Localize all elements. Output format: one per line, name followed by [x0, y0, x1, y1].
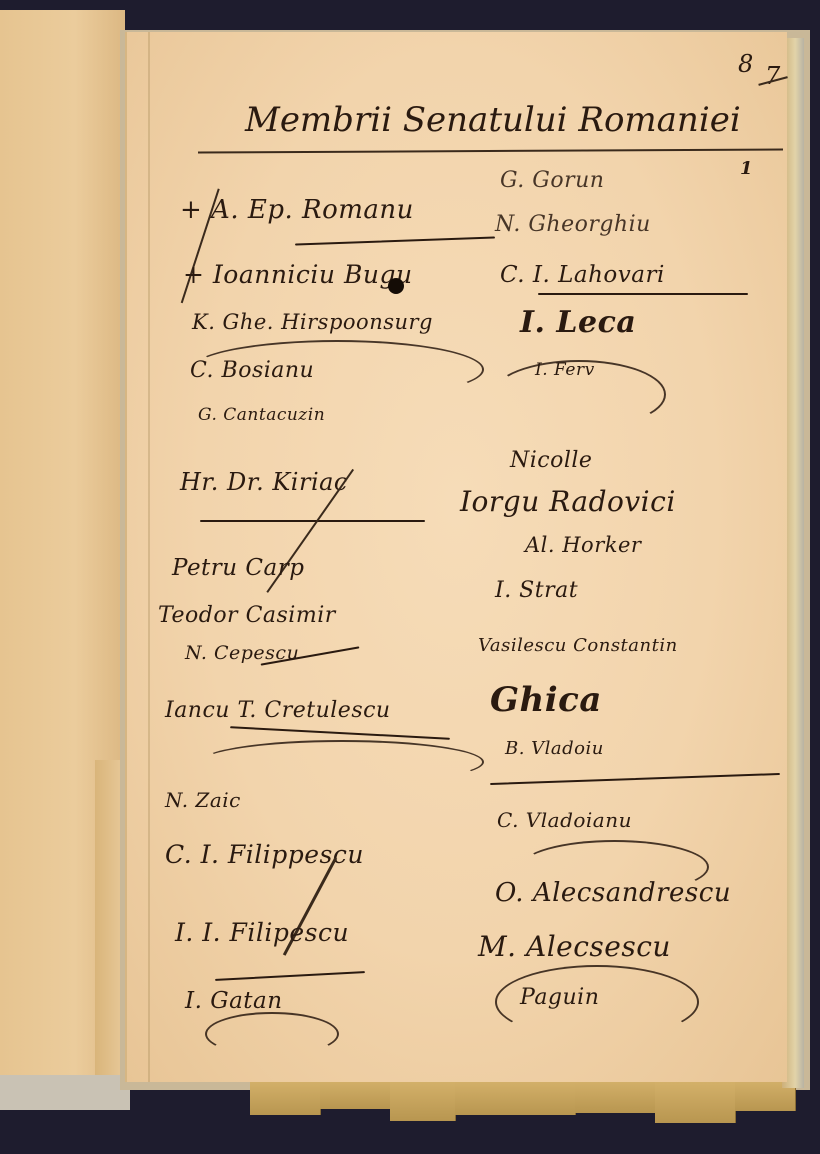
- signature: Teodor Casimir: [158, 603, 336, 628]
- column-marker: 1: [740, 158, 753, 179]
- signature: Petru Carp: [172, 555, 304, 581]
- signature: Al. Horker: [525, 533, 641, 557]
- flourish: [200, 740, 484, 784]
- signature: Iorgu Radovici: [460, 485, 676, 518]
- signature: + Ioanniciu Bugu: [183, 260, 413, 289]
- signature: I. Leca: [520, 305, 636, 340]
- page-number-struck: 7: [765, 62, 780, 90]
- signature: N. Gheorghiu: [495, 212, 651, 237]
- signature: Vasilescu Constantin: [478, 635, 678, 656]
- document-title: Membrii Senatului Romaniei: [245, 100, 741, 140]
- flourish-line: [200, 520, 425, 522]
- signature: Hr. Dr. Kiriac: [180, 468, 348, 496]
- signature: I. I. Filipescu: [175, 918, 349, 947]
- signature: C. I. Lahovari: [500, 262, 665, 288]
- flourish: [205, 1012, 339, 1056]
- signature: I. Strat: [495, 578, 578, 603]
- signature: Ghica: [490, 680, 602, 720]
- signature: G. Gorun: [500, 168, 604, 193]
- binding-stub: [0, 1075, 130, 1110]
- signature: C. I. Filippescu: [165, 840, 364, 869]
- page-number: 8: [738, 50, 753, 78]
- signature: I. Gatan: [185, 988, 283, 1014]
- signature: K. Ghe. Hirspoonsurg: [192, 310, 433, 334]
- signature: B. Vladoiu: [505, 738, 604, 759]
- signature: C. Vladoianu: [497, 808, 632, 832]
- flourish-line: [538, 293, 748, 295]
- signature: G. Cantacuzin: [198, 405, 325, 425]
- signature: M. Alecsescu: [478, 930, 671, 963]
- flourish: [492, 360, 666, 429]
- ink-blot: [388, 278, 404, 294]
- signature: O. Alecsandrescu: [495, 878, 731, 908]
- signature: Iancu T. Cretulescu: [165, 698, 391, 723]
- flourish: [190, 340, 484, 399]
- signature: Nicolle: [510, 448, 592, 473]
- page-crease: [148, 32, 150, 1082]
- flourish: [495, 965, 699, 1039]
- signature: N. Zaic: [165, 788, 241, 812]
